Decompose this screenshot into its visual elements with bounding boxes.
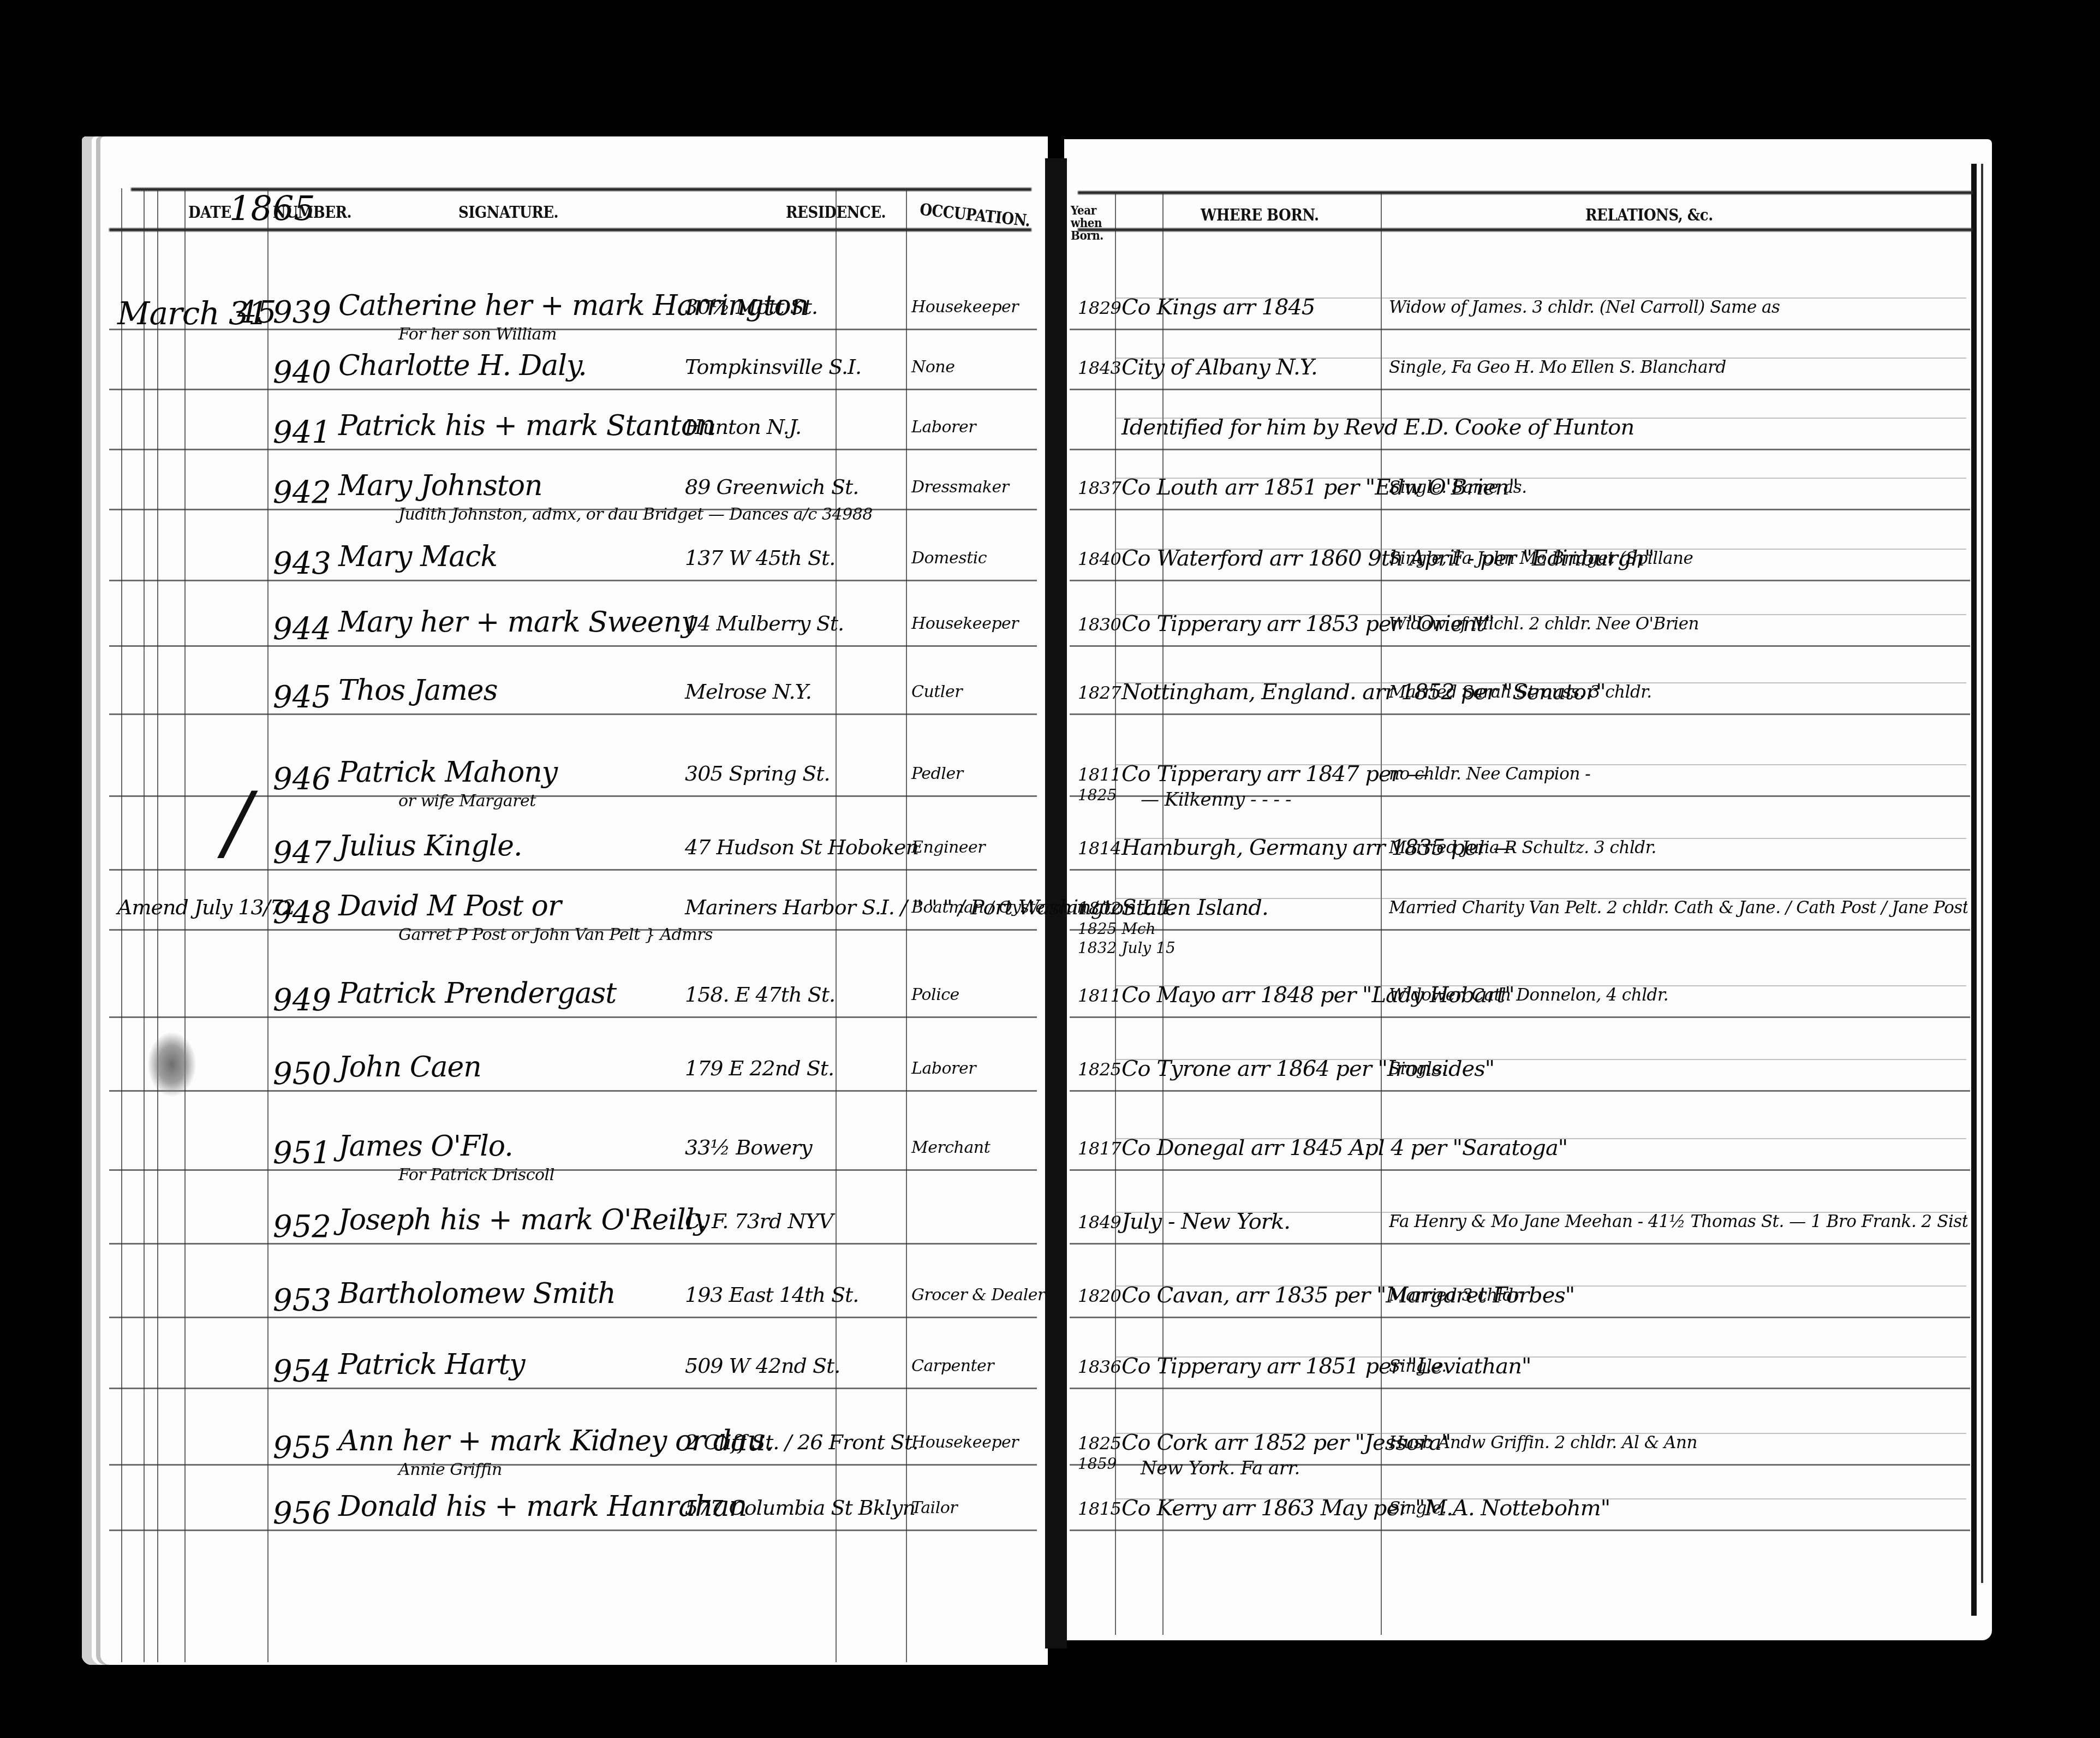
entry-relations: Married 3 chldr. bbox=[1389, 1285, 1524, 1305]
entry-year-born: 1837 bbox=[1078, 478, 1121, 498]
entry-occupation: Laborer bbox=[911, 1059, 976, 1078]
row-rule bbox=[1070, 1016, 1970, 1018]
entry-relations: Single. bbox=[1389, 1356, 1447, 1376]
entry-signature: Thos James bbox=[338, 674, 497, 707]
entry-occupation: Domestic bbox=[911, 549, 987, 568]
entry-year-born: 1814 bbox=[1078, 838, 1121, 859]
entry-signature: Patrick Mahony bbox=[338, 756, 557, 789]
entry-relations: Widower, Cath Donnelon, 4 chldr. bbox=[1389, 985, 1668, 1005]
row-rule bbox=[109, 1464, 1037, 1466]
entry-where-born: City of Albany N.Y. bbox=[1121, 355, 1317, 380]
entry-relations: Single, Fa John Mo Bridget (Spillane bbox=[1389, 549, 1693, 568]
entry-number: 951 bbox=[273, 1135, 331, 1171]
column-divider bbox=[1381, 194, 1382, 1635]
entry-number: 945 bbox=[273, 680, 331, 715]
row-rule bbox=[1070, 580, 1970, 581]
entry-residence: Melrose N.Y. bbox=[685, 680, 812, 704]
row-rule bbox=[1070, 389, 1970, 390]
entry-year-born: 1820 bbox=[1078, 1285, 1121, 1306]
entry-where-born-2: — Kilkenny - - - - bbox=[1141, 789, 1291, 811]
row-rule bbox=[1070, 1090, 1970, 1092]
entry-relations: Single. bbox=[1389, 1059, 1447, 1079]
entry-date: Amend July 13/72 bbox=[117, 895, 295, 919]
check-mark: / bbox=[224, 775, 252, 870]
entry-occupation: Dressmaker bbox=[911, 478, 1009, 497]
entry-occupation: Housekeeper bbox=[911, 614, 1018, 633]
entry-signature: Joseph his + mark O'Reilly bbox=[338, 1204, 709, 1236]
entry-relations: Widow of James. 3 chldr. (Nel Carroll) S… bbox=[1389, 297, 1780, 317]
entry-occupation: Laborer bbox=[911, 418, 976, 437]
entry-relations: Married Charity Van Pelt. 2 chldr. Cath … bbox=[1389, 898, 1967, 918]
entry-signature: Mary her + mark Sweeny bbox=[338, 606, 697, 639]
entry-occupation: Carpenter bbox=[911, 1356, 994, 1376]
entry-number: 949 bbox=[273, 983, 331, 1018]
entry-signature-note: For her son William bbox=[398, 325, 557, 344]
entry-residence: 158. E 47th St. bbox=[685, 983, 835, 1007]
entry-where-born: July - New York. bbox=[1121, 1209, 1290, 1234]
entry-number: 941 bbox=[273, 415, 331, 450]
entry-signature: Patrick Prendergast bbox=[338, 977, 616, 1010]
entry-year-born-2: 1859 bbox=[1078, 1455, 1117, 1473]
entry-signature-note: For Patrick Driscoll bbox=[398, 1165, 554, 1185]
header-number: NUMBER. bbox=[273, 204, 351, 223]
row-rule bbox=[1070, 1529, 1970, 1531]
column-divider bbox=[121, 188, 122, 1662]
entry-number: 946 bbox=[273, 761, 331, 797]
entry-relations: no chldr. Nee Campion - bbox=[1389, 764, 1590, 784]
entry-relations: Single. Same as. bbox=[1389, 478, 1527, 497]
entry-residence: 137 W 45th St. bbox=[685, 546, 835, 570]
entry-year-born: 1843 bbox=[1078, 358, 1121, 378]
entry-number: 953 bbox=[273, 1283, 331, 1318]
entry-year-born-3: 1832 July 15 bbox=[1078, 939, 1176, 957]
entry-where-born: Co Donegal arr 1845 Apl 4 per "Saratoga" bbox=[1121, 1135, 1567, 1160]
entry-occupation: Housekeeper bbox=[911, 297, 1018, 317]
ink-smudge bbox=[147, 1032, 196, 1097]
entry-relations: Married Sarah Strauss. 3 chldr. bbox=[1389, 682, 1652, 702]
header-residence: RESIDENCE. bbox=[786, 204, 886, 223]
entry-where-born-2: New York. Fa arr. bbox=[1141, 1457, 1300, 1479]
entry-number: 956 bbox=[273, 1496, 331, 1531]
header-signature: SIGNATURE. bbox=[458, 204, 558, 223]
entry-residence: 14 Mulberry St. bbox=[685, 611, 844, 635]
entry-occupation: Merchant bbox=[911, 1138, 990, 1157]
entry-residence: 509 W 42nd St. bbox=[685, 1354, 840, 1378]
entry-signature: Mary Johnston bbox=[338, 469, 542, 502]
entry-signature: Bartholomew Smith bbox=[338, 1277, 616, 1310]
entry-year-born-2: 1825 Mch bbox=[1078, 920, 1156, 938]
entry-year-born: 1825 bbox=[1078, 1433, 1121, 1454]
header-year-born: Year when Born. bbox=[1071, 204, 1114, 242]
entry-occupation: None bbox=[911, 358, 954, 377]
entry-residence: Tompkinsville S.I. bbox=[685, 355, 861, 379]
column-divider bbox=[267, 188, 269, 1662]
entry-residence: 193 East 14th St. bbox=[685, 1283, 858, 1307]
entry-relations: Single, Fa Geo H. Mo Ellen S. Blanchard bbox=[1389, 358, 1726, 377]
entry-year-born: 1829 bbox=[1078, 297, 1121, 318]
entry-number: 954 bbox=[273, 1354, 331, 1389]
row-rule bbox=[109, 1388, 1037, 1389]
entry-residence: 89 Greenwich St. bbox=[685, 475, 858, 499]
entry-residence: 33½ Bowery bbox=[685, 1135, 812, 1159]
entry-number: 947 bbox=[273, 835, 331, 871]
entry-relations: Single. bbox=[1389, 1498, 1447, 1518]
entry-where-born: Identified for him by Revd E.D. Cooke of… bbox=[1121, 415, 1634, 440]
row-rule bbox=[1070, 1169, 1970, 1171]
entry-year-born: 1836 bbox=[1078, 1356, 1121, 1377]
entry-residence: 47 Hudson St Hoboken bbox=[685, 835, 918, 859]
entry-year-born: 1802 bbox=[1078, 898, 1121, 919]
entry-residence: 2 Cliff St. / 26 Front St. bbox=[685, 1430, 918, 1454]
entry-signature: James O'Flo. bbox=[338, 1130, 513, 1163]
entry-number: 939 bbox=[273, 295, 331, 330]
row-rule bbox=[109, 389, 1037, 390]
entry-signature-note: Judith Johnston, admx, or dau Bridget — … bbox=[398, 505, 873, 524]
entry-signature: Patrick Harty bbox=[338, 1348, 525, 1381]
entry-signature: Julius Kingle. bbox=[338, 830, 522, 862]
entry-occupation: Tailor bbox=[911, 1498, 957, 1517]
entry-year-born: 1815 bbox=[1078, 1498, 1121, 1519]
row-rule bbox=[1070, 1243, 1970, 1245]
entry-where-born: Co Kerry arr 1863 May per "M.A. Notteboh… bbox=[1121, 1496, 1610, 1521]
row-rule bbox=[1070, 1317, 1970, 1318]
entry-occupation: Pedler bbox=[911, 764, 963, 783]
entry-signature: Charlotte H. Daly. bbox=[338, 349, 587, 382]
entry-year-born: 1817 bbox=[1078, 1138, 1121, 1159]
entry-occupation: Police bbox=[911, 985, 959, 1004]
row-rule bbox=[1070, 869, 1970, 871]
row-rule bbox=[109, 645, 1037, 647]
row-rule bbox=[109, 1090, 1037, 1092]
entry-year-born: 1811 bbox=[1078, 985, 1121, 1006]
row-rule bbox=[109, 1317, 1037, 1318]
entry-signature: David M Post or bbox=[338, 890, 561, 922]
row-rule bbox=[1070, 449, 1970, 450]
row-rule bbox=[1070, 929, 1970, 931]
entry-year-born: 1830 bbox=[1078, 614, 1121, 635]
entry-number: 942 bbox=[273, 475, 331, 510]
entry-number: 955 bbox=[273, 1430, 331, 1466]
column-divider bbox=[157, 188, 158, 1662]
entry-prefix: 45 bbox=[237, 295, 276, 330]
page-edge bbox=[1971, 164, 1977, 1616]
entry-signature-note: Garret P Post or John Van Pelt } Admrs bbox=[398, 925, 713, 944]
column-divider bbox=[144, 188, 145, 1662]
entry-residence: 577 Columbia St Bklyn bbox=[685, 1496, 915, 1520]
entry-where-born: Co Tipperary arr 1847 per — bbox=[1121, 761, 1429, 787]
entry-number: 944 bbox=[273, 611, 331, 647]
entry-residence: C. F. 73rd NYV bbox=[685, 1209, 833, 1233]
entry-occupation: Cutler bbox=[911, 682, 962, 701]
header-rule-bottom bbox=[1078, 228, 1973, 231]
entry-occupation: Grocer & Dealer bbox=[911, 1285, 1045, 1305]
entry-year-born: 1840 bbox=[1078, 549, 1121, 569]
entry-number: 948 bbox=[273, 895, 331, 931]
row-rule bbox=[1070, 329, 1970, 330]
entry-occupation: Engineer bbox=[911, 838, 985, 857]
entry-relations: Widow of Michl. 2 chldr. Nee O'Brien bbox=[1389, 614, 1699, 634]
entry-where-born: Staten Island. bbox=[1121, 895, 1268, 920]
entry-relations: Husb Andw Griffin. 2 chldr. Al & Ann bbox=[1389, 1433, 1697, 1453]
entry-residence: 30½ Mott St. bbox=[685, 295, 818, 319]
header-where-born: WHERE BORN. bbox=[1201, 206, 1319, 225]
row-rule bbox=[109, 580, 1037, 581]
row-rule bbox=[1070, 713, 1970, 715]
row-rule bbox=[109, 1243, 1037, 1245]
header-date: DATE bbox=[188, 204, 231, 223]
entry-number: 940 bbox=[273, 355, 331, 390]
entry-year-born: 1827 bbox=[1078, 682, 1121, 703]
entry-occupation: Housekeeper bbox=[911, 1433, 1018, 1452]
column-divider bbox=[184, 188, 186, 1662]
entry-year-born: 1825 bbox=[1078, 1059, 1121, 1080]
entry-relations: Fa Henry & Mo Jane Meehan - 41½ Thomas S… bbox=[1389, 1212, 1967, 1231]
entry-where-born: Co Tipperary arr 1851 per "Leviathan" bbox=[1121, 1354, 1531, 1379]
row-rule bbox=[109, 1169, 1037, 1171]
entry-number: 952 bbox=[273, 1209, 331, 1245]
entry-number: 950 bbox=[273, 1056, 331, 1092]
row-rule bbox=[109, 1016, 1037, 1018]
entry-relations: Married Julia R Schultz. 3 chldr. bbox=[1389, 838, 1656, 858]
entry-number: 943 bbox=[273, 546, 331, 581]
entry-residence: 179 E 22nd St. bbox=[685, 1056, 834, 1080]
entry-signature: Mary Mack bbox=[338, 540, 497, 573]
entry-signature-note: or wife Margaret bbox=[398, 791, 536, 811]
row-rule bbox=[1070, 509, 1970, 510]
entry-year-born: 1849 bbox=[1078, 1212, 1121, 1233]
entry-signature-note: Annie Griffin bbox=[398, 1460, 502, 1479]
row-rule bbox=[109, 449, 1037, 450]
row-rule bbox=[109, 713, 1037, 715]
row-rule bbox=[109, 1529, 1037, 1531]
entry-residence: 305 Spring St. bbox=[685, 761, 830, 785]
entry-residence: Hunton N.J. bbox=[685, 415, 801, 439]
row-rule bbox=[1070, 645, 1970, 647]
entry-signature: John Caen bbox=[338, 1051, 481, 1084]
entry-signature: Patrick his + mark Stanton bbox=[338, 409, 715, 442]
page-edge bbox=[1981, 164, 1983, 1583]
header-relations: RELATIONS, &c. bbox=[1585, 206, 1713, 225]
entry-where-born: Co Kings arr 1845 bbox=[1121, 295, 1315, 320]
entry-year-born-2: 1825 bbox=[1078, 786, 1117, 804]
header-rule-bottom bbox=[109, 228, 1031, 231]
entry-year-born: 1811 bbox=[1078, 764, 1121, 785]
header-rule-top bbox=[1078, 191, 1973, 194]
row-rule bbox=[1070, 1388, 1970, 1389]
